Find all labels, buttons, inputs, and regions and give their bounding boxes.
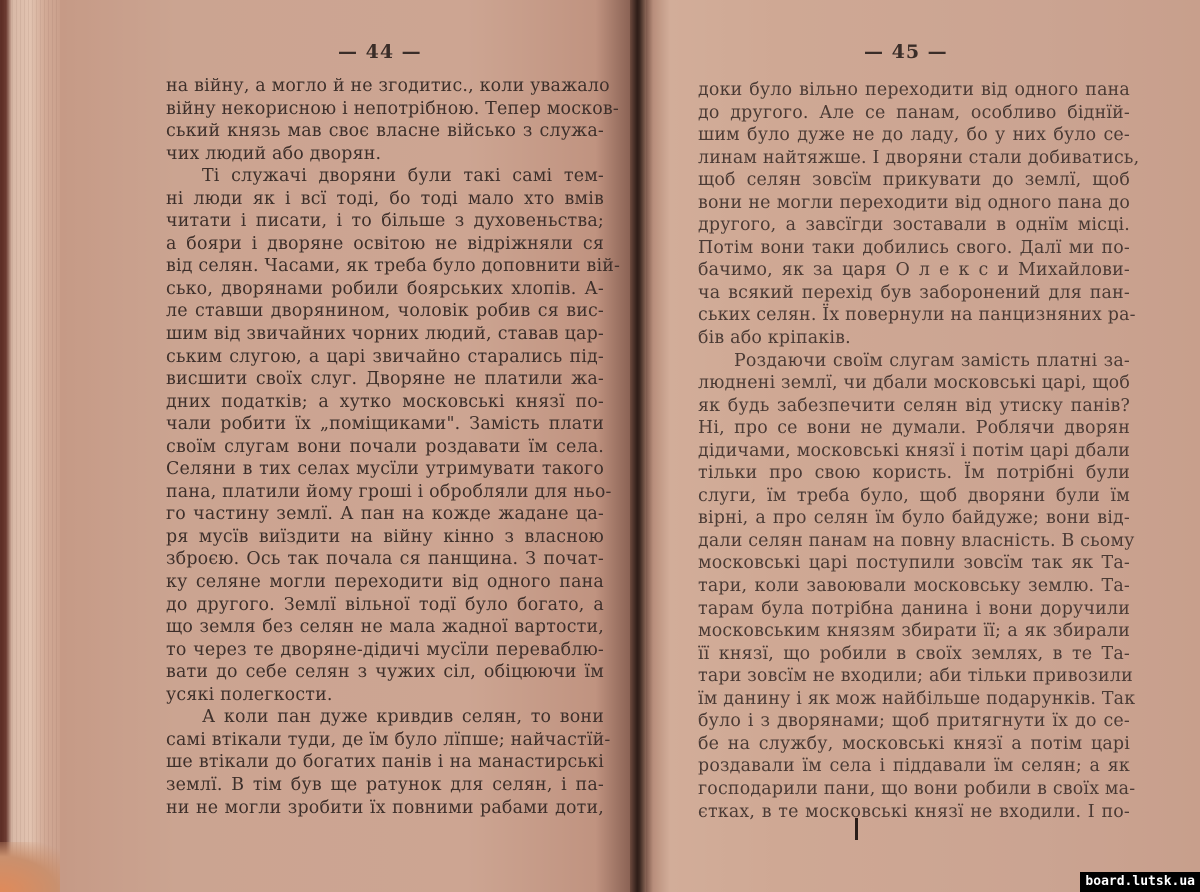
text-line: ні люди як і всї тоді, бо тоді мало хто … <box>166 188 604 211</box>
text-line: читати і писати, і то більше з духовеньс… <box>166 210 604 233</box>
text-line: шим від звичайних чорних людий, ставав ц… <box>166 323 604 346</box>
text-line: московські царі поступили зовсїм так як … <box>698 552 1130 575</box>
left-page-text: на війну, а могло й не згодитис., коли у… <box>166 75 604 819</box>
text-line: пана, платили йому гроші і обробляли для… <box>166 481 604 504</box>
text-line: дних податків; а хутко московські князї … <box>166 391 604 414</box>
text-line: господарили пани, що вони робили в своїх… <box>698 778 1130 801</box>
text-line: другого, а завсїгди зоставали в однїм мі… <box>698 214 1130 237</box>
text-line: ше втікали до богатих панів і на манасти… <box>166 751 604 774</box>
text-line: бів або кріпаків. <box>698 327 1130 350</box>
text-line: чали робити їх „поміщиками". Замість пла… <box>166 413 604 436</box>
text-line: ча всякий перехід був заборонений для па… <box>698 282 1130 305</box>
text-line: тарам була потрібна данина і вони доручи… <box>698 598 1130 621</box>
text-line: линам найтяжше. І дворяни стали добивати… <box>698 147 1130 170</box>
text-line: московським князям збирати її; а як збир… <box>698 620 1130 643</box>
text-line: слуги, їм треба було, щоб дворяни були ї… <box>698 485 1130 508</box>
text-line: її князї, що робили в своїх землях, в те… <box>698 643 1130 666</box>
text-line: самі втікали туди, де їм було лїпше; най… <box>166 729 604 752</box>
text-line: дали селян панам на повну власність. В с… <box>698 530 1130 553</box>
text-line: то через те дворяне-дідичі мусїли перева… <box>166 639 604 662</box>
book-spread: — 44 — — 45 — на війну, а могло й не зго… <box>0 0 1200 892</box>
text-line: го частину землї. А пан на кожде жадане … <box>166 503 604 526</box>
text-line: чих людий або дворян. <box>166 143 604 166</box>
text-line: ку селяне могли переходити від одного па… <box>166 571 604 594</box>
text-line: тільки про свою користь. Їм потрібні бул… <box>698 462 1130 485</box>
text-line: на війну, а могло й не згодитис., коли у… <box>166 75 604 98</box>
text-line: доки було вільно переходити від одного п… <box>698 79 1130 102</box>
text-line: бачимо, як за царя О л е к с и Михайлови… <box>698 259 1130 282</box>
text-line: було і з дворянами; щоб притягнути їх до… <box>698 710 1130 733</box>
text-line: дідичами, московські князї і потім царі … <box>698 440 1130 463</box>
right-page-text: доки було вільно переходити від одного п… <box>698 79 1130 823</box>
text-line: А коли пан дуже кривдив селян, то вони <box>166 706 604 729</box>
text-line: ським слугою, а царі звичайно старались … <box>166 346 604 369</box>
text-line: щоб селян зовсїм прикувати до землї, щоб <box>698 169 1130 192</box>
text-line: своїм слугам вони почали роздавати їм се… <box>166 436 604 459</box>
text-line: ських селян. Їх повернули на панцизняних… <box>698 304 1130 327</box>
text-line: бе на службу, московські князї а потім ц… <box>698 733 1130 756</box>
text-line: що земля без селян не мала жадної вартос… <box>166 616 604 639</box>
text-line: вірні, а про селян їм було байдуже; вони… <box>698 507 1130 530</box>
text-line: від селян. Часами, як треба було доповни… <box>166 255 604 278</box>
text-line: Роздаючи своїм слугам замість платні за- <box>698 350 1130 373</box>
text-line: Ті служачі дворяни були такі самі тем- <box>166 165 604 188</box>
text-line: тари зовсїм не входили; аби тільки приво… <box>698 665 1130 688</box>
text-line: люднені землї, чи дбали московські царі,… <box>698 372 1130 395</box>
watermark: board.lutsk.ua <box>1080 872 1200 892</box>
text-line: ря мусїв виїздити на війну кінно з власн… <box>166 526 604 549</box>
page-number-right: — 45 — <box>864 41 948 63</box>
text-line: до другого. Землї вільної тодї було бога… <box>166 594 604 617</box>
text-line: ський князь мав своє власне військо з сл… <box>166 120 604 143</box>
text-line: ле ставши дворянином, чоловік робив ся в… <box>166 300 604 323</box>
text-line: вати до себе селян з чужих сіл, обіцюючи… <box>166 661 604 684</box>
text-line: Ні, про се вони не думали. Роблячи дворя… <box>698 417 1130 440</box>
text-line: ни не могли зробити їх повними рабами до… <box>166 797 604 820</box>
text-line: висшити своїх слуг. Дворяне не платили ж… <box>166 368 604 391</box>
text-line: вони не могли переходити від одного пана… <box>698 192 1130 215</box>
text-line: роздавали їм села і піддавали їм селян; … <box>698 755 1130 778</box>
text-line: до другого. Але се панам, особливо біднї… <box>698 102 1130 125</box>
pencil-mark <box>855 818 858 840</box>
book-spine <box>630 0 646 892</box>
text-line: а бояри і дворяне освітою не відріжняли … <box>166 233 604 256</box>
text-line: шим було дуже не до ладу, бо у них було … <box>698 124 1130 147</box>
text-line: Потім вони таки добились свого. Далї ми … <box>698 237 1130 260</box>
text-line: зброєю. Ось так почала ся панщина. З поч… <box>166 548 604 571</box>
text-line: війну некорисною і непотрібною. Тепер мо… <box>166 98 604 121</box>
text-line: Селяни в тих селах мусїли утримувати так… <box>166 458 604 481</box>
text-line: землї. В тім був ще ратунок для селян, і… <box>166 774 604 797</box>
text-line: як будь забезпечити селян від утиску пан… <box>698 395 1130 418</box>
text-line: сько, дворянами робили боярських хлопів.… <box>166 278 604 301</box>
text-line: тари, коли завоювали московську землю. Т… <box>698 575 1130 598</box>
page-number-left: — 44 — <box>338 41 422 63</box>
text-line: їм данину і як мож найбільше подарунків.… <box>698 688 1130 711</box>
text-line: усякі полегкости. <box>166 684 604 707</box>
text-line: єтках, в те московські князї не входили.… <box>698 801 1130 824</box>
